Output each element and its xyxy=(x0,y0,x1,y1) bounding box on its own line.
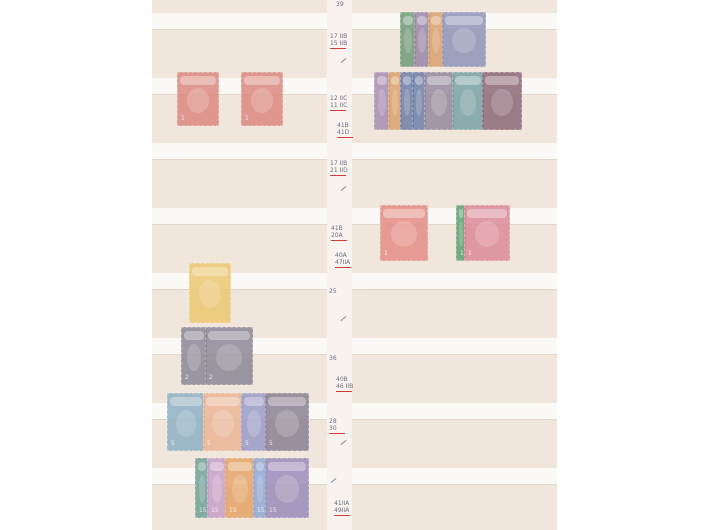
stamp-portrait xyxy=(378,89,386,116)
stamp: 1 xyxy=(177,72,219,126)
catalogue-annotation: 17 IIB21 IID xyxy=(330,160,348,176)
stamp: 1 xyxy=(380,205,428,261)
stamp-portrait xyxy=(491,89,512,116)
stamp: 5 xyxy=(203,393,243,451)
stamp xyxy=(482,72,522,130)
stamp-header xyxy=(206,397,240,406)
stamp-header xyxy=(256,462,264,471)
stamp: 1 xyxy=(241,72,283,126)
red-underline xyxy=(334,515,350,516)
mounting-strip xyxy=(152,273,327,290)
stamp-header xyxy=(208,331,250,340)
red-underline xyxy=(330,175,346,176)
stamp-header xyxy=(485,76,519,85)
stamp-value: 5 xyxy=(245,440,249,447)
stamp-portrait xyxy=(257,475,264,503)
stamp-header xyxy=(427,76,451,85)
stamp-portrait xyxy=(416,89,423,116)
stamp-portrait xyxy=(212,475,222,503)
red-underline xyxy=(331,240,347,241)
stamp-header xyxy=(417,16,427,25)
catalogue-annotation: 36 xyxy=(329,355,337,362)
stamp: 2 xyxy=(181,327,207,385)
catalogue-annotation: 41B41D xyxy=(337,122,353,138)
stamp-portrait xyxy=(404,89,411,116)
stamp-portrait xyxy=(232,475,248,503)
stamp-header xyxy=(403,76,411,85)
stamp-value: 15 xyxy=(269,507,277,514)
stamp-header xyxy=(455,76,481,85)
stamp-header xyxy=(445,16,483,25)
stamp-portrait xyxy=(275,410,299,437)
stamp-value: 1 xyxy=(181,115,185,122)
mounting-strip xyxy=(352,403,557,420)
stamp-portrait xyxy=(452,28,476,53)
stamp-value: 5 xyxy=(171,440,175,447)
stamp-header xyxy=(431,16,441,25)
stamp-value: 1 xyxy=(468,250,472,257)
stamp xyxy=(189,263,231,323)
catalogue-annotation: 40B46 IIB xyxy=(336,376,353,392)
stamp-portrait xyxy=(432,28,440,53)
stamp: 5 xyxy=(167,393,205,451)
stamp-portrait xyxy=(459,221,464,247)
stamp-portrait xyxy=(275,475,299,503)
stamp-header xyxy=(180,76,216,85)
catalogue-annotation: 41IIA49IIA xyxy=(334,500,350,516)
stamp-value: 15 xyxy=(257,507,265,514)
stamp-portrait xyxy=(392,89,399,116)
stamp: 1 xyxy=(464,205,510,261)
stamp-portrait xyxy=(212,410,233,437)
stamp xyxy=(442,12,486,67)
stamp-portrait xyxy=(418,28,426,53)
catalogue-annotation: 25 xyxy=(329,288,337,295)
stamp-value: 15 xyxy=(199,507,207,514)
stamp-header xyxy=(244,76,280,85)
mounting-strip xyxy=(352,338,557,355)
catalogue-annotation: 39 xyxy=(336,1,344,8)
stamp-header xyxy=(210,462,224,471)
stamp-portrait xyxy=(247,410,260,437)
stamp-header xyxy=(198,462,206,471)
stamp-header xyxy=(403,16,413,25)
red-underline xyxy=(329,433,345,434)
stamp-header xyxy=(184,331,204,340)
stamp-header xyxy=(268,397,306,406)
mounting-strip xyxy=(352,143,557,160)
stamp xyxy=(452,72,484,130)
stamp-value: 5 xyxy=(207,440,211,447)
stamp-portrait xyxy=(176,410,196,437)
stamp-portrait xyxy=(199,475,206,503)
stamp-portrait xyxy=(475,221,500,247)
catalogue-annotation: 12 IIC11 IIC xyxy=(330,95,347,111)
stamp xyxy=(424,72,454,130)
catalogue-annotation: 41B20A xyxy=(331,225,347,241)
stamp-header xyxy=(192,267,228,276)
catalogue-annotation: 2830 xyxy=(329,418,345,434)
stamp: 15 xyxy=(225,458,255,518)
stamp-value: 5 xyxy=(269,440,273,447)
stamp-header xyxy=(244,397,264,406)
stamp-value: 15 xyxy=(211,507,219,514)
stamp-portrait xyxy=(404,28,412,53)
stamp-value: 1 xyxy=(245,115,249,122)
red-underline xyxy=(337,137,353,138)
catalogue-annotation: 40A47IIA xyxy=(335,252,351,268)
mounting-strip xyxy=(152,13,327,30)
red-underline xyxy=(330,110,346,111)
stamp-portrait xyxy=(199,280,221,308)
stamp-value: 2 xyxy=(185,374,189,381)
stamp-header xyxy=(459,209,463,218)
stamp-portrait xyxy=(216,344,242,371)
stamp-portrait xyxy=(431,89,447,116)
mounting-strip xyxy=(352,468,557,485)
stamp-header xyxy=(228,462,252,471)
catalogue-annotation: 17 IIB15 IIB xyxy=(330,33,347,49)
mounting-strip xyxy=(352,273,557,290)
stamp-header xyxy=(377,76,387,85)
stamp-header xyxy=(383,209,425,218)
stamp-value: 1 xyxy=(384,250,388,257)
red-underline xyxy=(330,48,346,49)
stamp-portrait xyxy=(187,88,209,113)
stamp-header xyxy=(467,209,507,218)
stamp-header xyxy=(170,397,202,406)
stamp-portrait xyxy=(251,88,273,113)
stamp-portrait xyxy=(391,221,417,247)
stamp: 15 xyxy=(207,458,227,518)
red-underline xyxy=(335,267,351,268)
stamp-portrait xyxy=(187,344,200,371)
stamp-header xyxy=(415,76,423,85)
mounting-strip xyxy=(152,208,327,225)
stamp-portrait xyxy=(460,89,477,116)
stamp: 2 xyxy=(205,327,253,385)
stamp-value: 2 xyxy=(209,374,213,381)
stamp-header xyxy=(391,76,399,85)
stamp-value: 15 xyxy=(229,507,237,514)
stamp-header xyxy=(268,462,306,471)
stamp: 5 xyxy=(241,393,267,451)
red-underline xyxy=(336,391,352,392)
stamp: 15 xyxy=(265,458,309,518)
mounting-strip xyxy=(152,143,327,160)
stamp: 5 xyxy=(265,393,309,451)
